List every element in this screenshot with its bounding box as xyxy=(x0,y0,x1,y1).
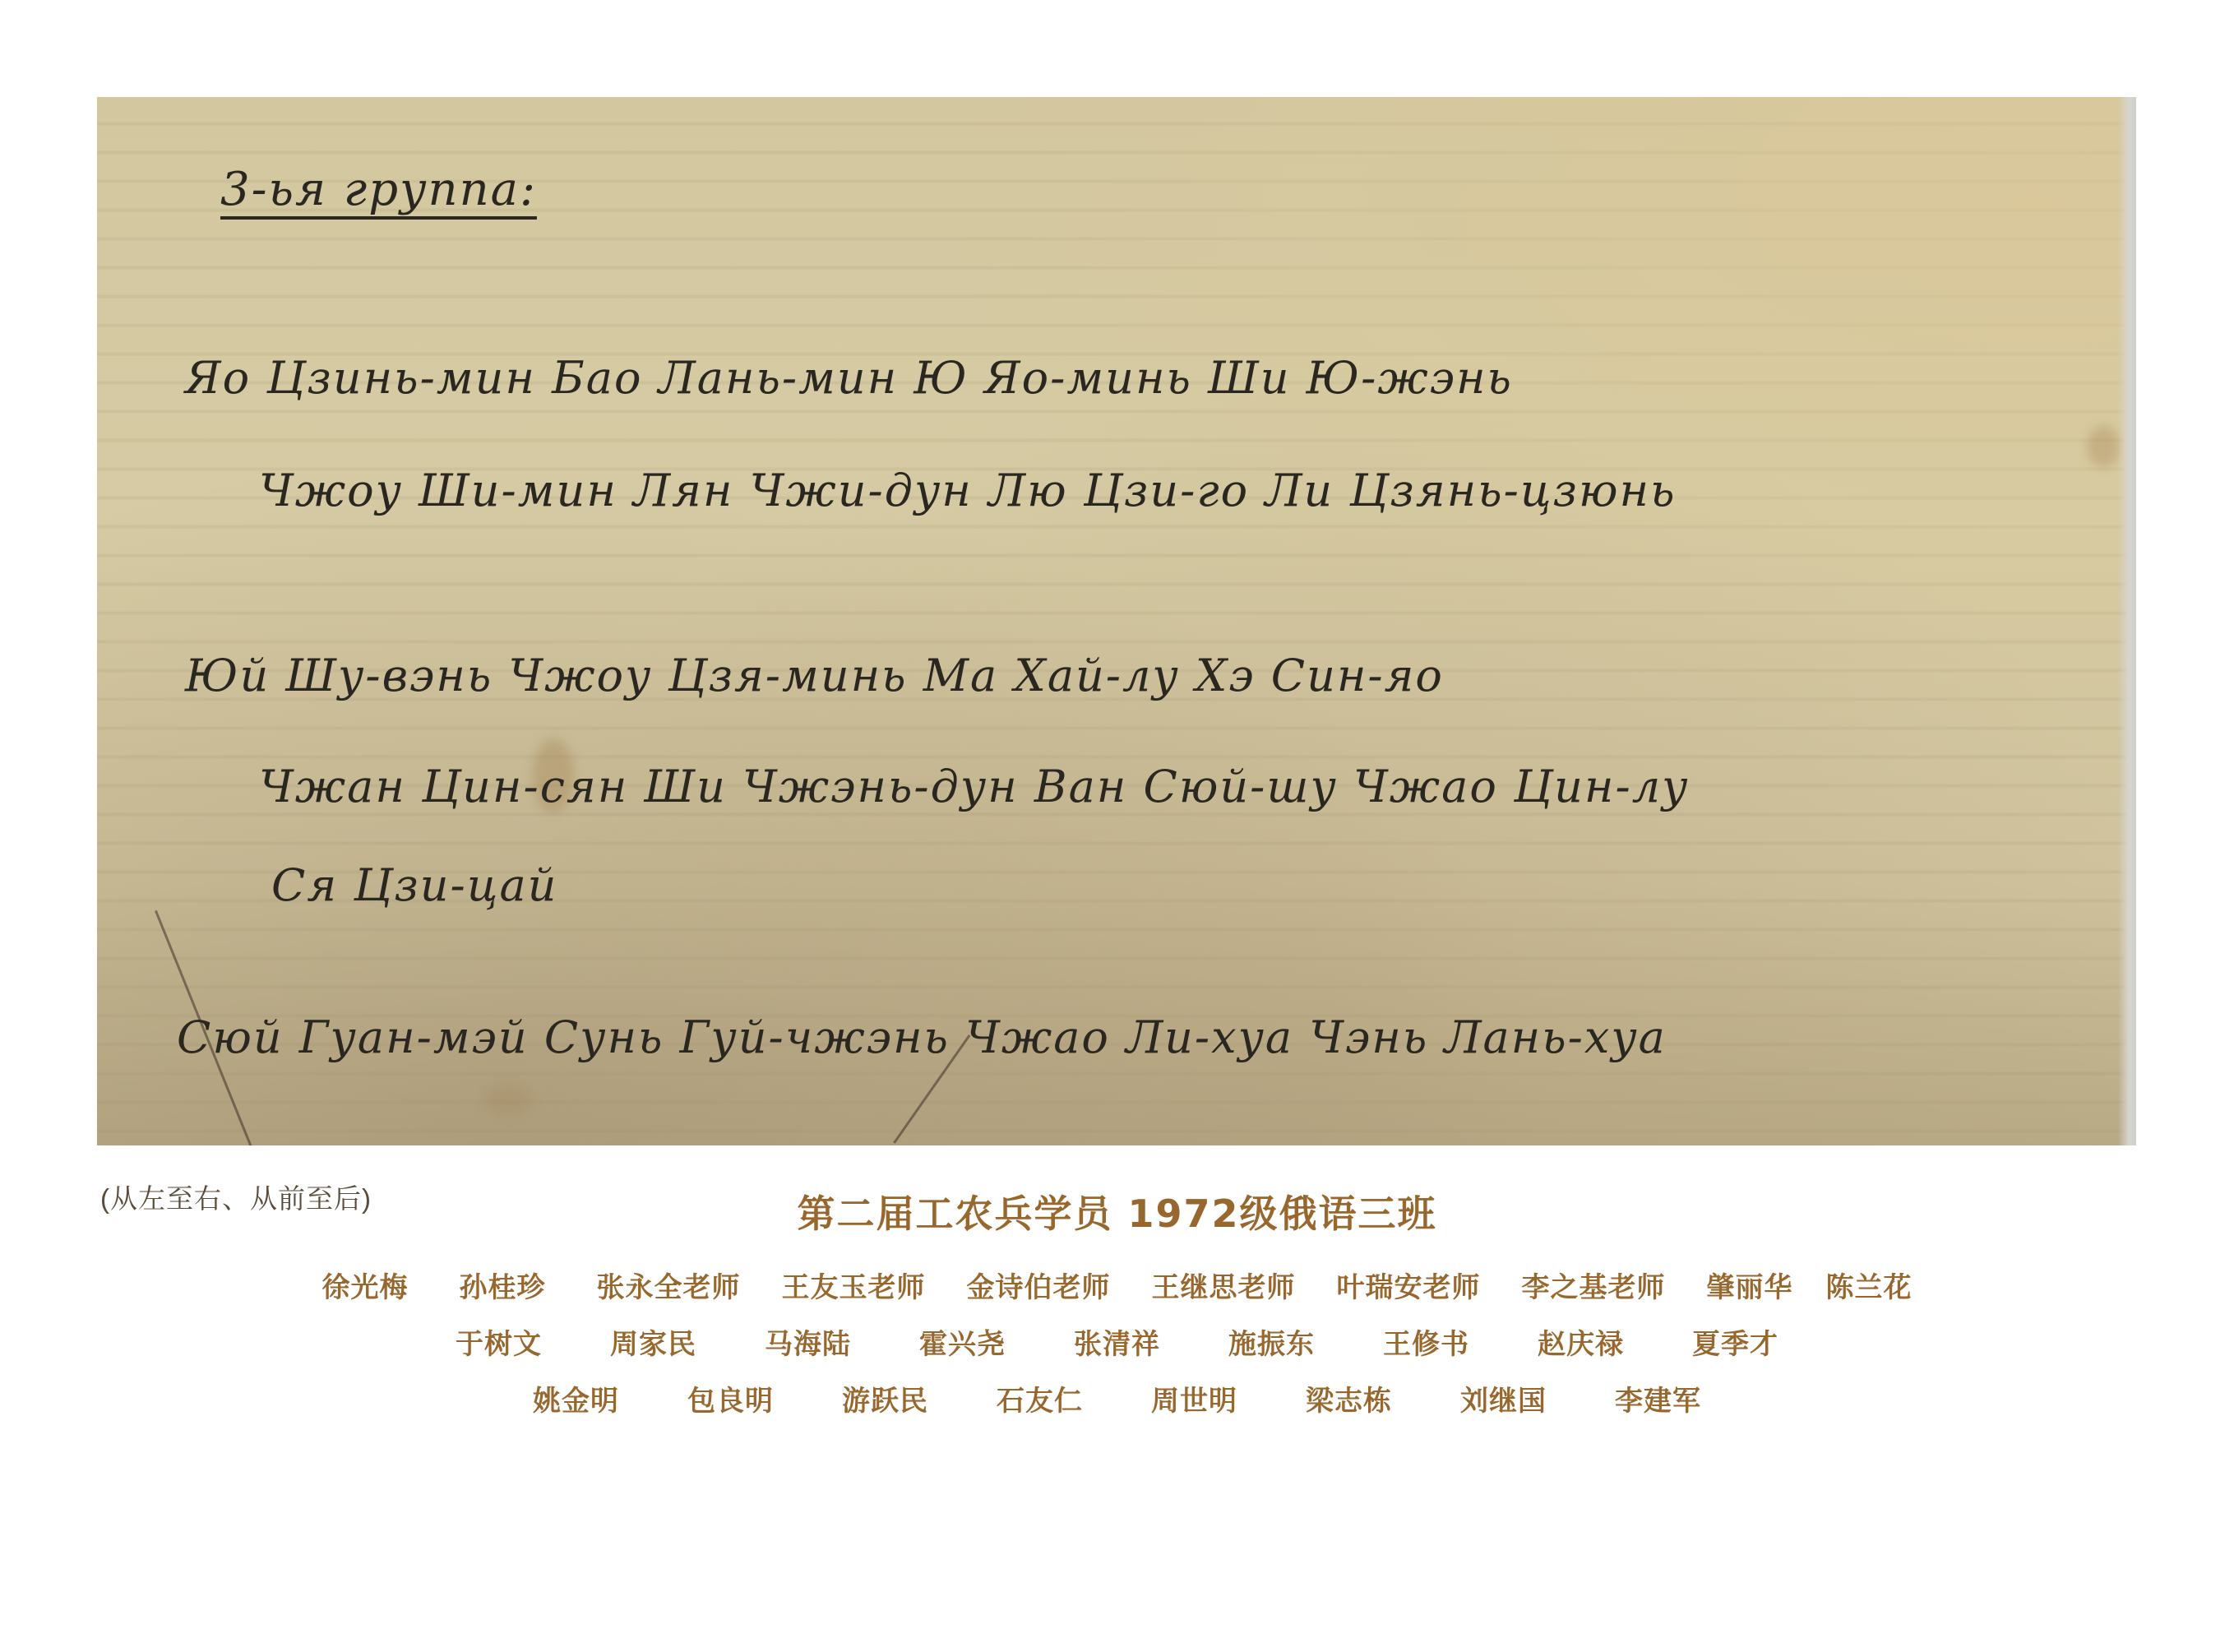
person-name: 李建军 xyxy=(1615,1378,1701,1418)
names-row-2: 于树文 周家民 马海陆 霍兴尧 张清祥 施振东 王修书 赵庆禄 夏季才 xyxy=(0,1321,2234,1362)
photo-edge xyxy=(2118,97,2136,1145)
handwritten-line: Яо Цзинь-мин Бао Лань-мин Ю Яо-минь Ши Ю… xyxy=(185,352,1513,404)
person-name: 孙桂珍 xyxy=(460,1265,546,1305)
person-name: 于树文 xyxy=(456,1321,542,1362)
person-name: 肇丽华 xyxy=(1707,1265,1793,1305)
person-name: 周家民 xyxy=(610,1321,696,1362)
handwritten-line: Чжан Цин-сян Ши Чжэнь-дун Ван Сюй-шу Чжа… xyxy=(259,761,1689,812)
paper-stain xyxy=(2087,426,2120,467)
person-name: 刘继国 xyxy=(1460,1378,1547,1418)
person-name: 李之基老师 xyxy=(1522,1265,1666,1305)
class-title: 第二届工农兵学员 1972级俄语三班 xyxy=(0,1184,2234,1238)
paper-stain xyxy=(483,1084,533,1117)
person-name: 马海陆 xyxy=(765,1321,851,1362)
person-name: 陈兰花 xyxy=(1826,1265,1913,1305)
person-name: 夏季才 xyxy=(1692,1321,1778,1362)
group-heading: 3-ья группа: xyxy=(220,163,537,216)
handwritten-roster-photo: 3-ья группа: Яо Цзинь-мин Бао Лань-мин Ю… xyxy=(97,97,2136,1145)
handwritten-line: Сюй Гуан-мэй Сунь Гуй-чжэнь Чжао Ли-хуа … xyxy=(177,1011,1667,1063)
person-name: 周世明 xyxy=(1151,1378,1237,1418)
person-name: 王友玉老师 xyxy=(782,1265,926,1305)
person-name: 游跃民 xyxy=(842,1378,928,1418)
person-name: 赵庆禄 xyxy=(1538,1321,1624,1362)
handwritten-line: Ся Цзи-цай xyxy=(271,859,557,911)
person-name: 姚金明 xyxy=(533,1378,619,1418)
person-name: 施振东 xyxy=(1228,1321,1315,1362)
handwritten-line: Чжоу Ши-мин Лян Чжи-дун Лю Цзи-го Ли Цзя… xyxy=(259,465,1677,516)
names-row-3: 姚金明 包良明 游跃民 石友仁 周世明 梁志栋 刘继国 李建军 xyxy=(0,1378,2234,1418)
handwritten-line: Юй Шу-вэнь Чжоу Цзя-минь Ма Хай-лу Хэ Си… xyxy=(185,650,1444,701)
names-row-1: 徐光梅 孙桂珍 张永全老师 王友玉老师 金诗伯老师 王继思老师 叶瑞安老师 李之… xyxy=(0,1265,2234,1305)
person-name: 霍兴尧 xyxy=(919,1321,1006,1362)
person-name: 叶瑞安老师 xyxy=(1337,1265,1481,1305)
person-name: 徐光梅 xyxy=(322,1265,409,1305)
person-name: 石友仁 xyxy=(997,1378,1083,1418)
person-name: 梁志栋 xyxy=(1306,1378,1392,1418)
person-name: 张清祥 xyxy=(1074,1321,1160,1362)
person-name: 王继思老师 xyxy=(1152,1265,1296,1305)
person-name: 包良明 xyxy=(687,1378,774,1418)
person-name: 王修书 xyxy=(1383,1321,1469,1362)
person-name: 张永全老师 xyxy=(597,1265,741,1305)
person-name: 金诗伯老师 xyxy=(967,1265,1111,1305)
